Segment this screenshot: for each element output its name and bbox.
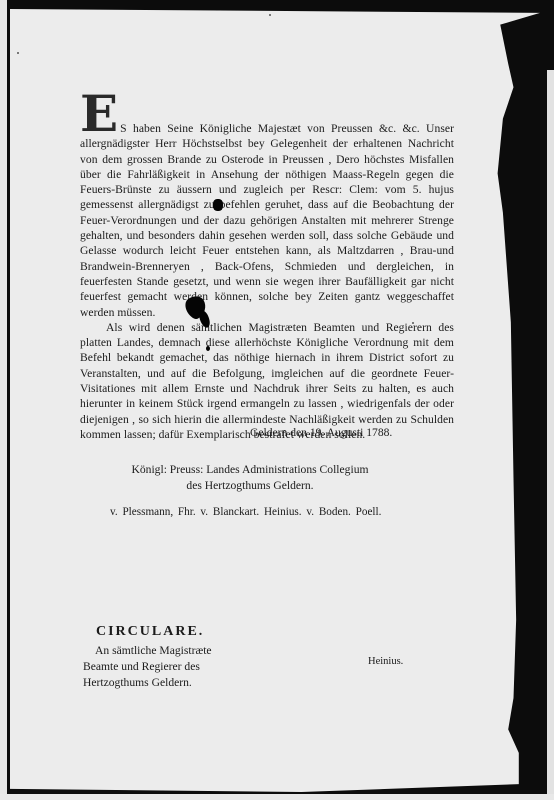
- ink-blot: [206, 346, 210, 351]
- dateline: Geldern den 19. Augusti 1788.: [250, 426, 392, 439]
- address-line-2: Beamte und Regierer des: [83, 659, 212, 675]
- signatories: v. Plessmann, Fhr. v. Blanckart. Heinius…: [110, 506, 381, 518]
- right-edge-strip: [547, 70, 554, 800]
- address-line-1: An sämtliche Magistræte: [83, 643, 212, 659]
- paragraph-1-text: S haben Seine Königliche Majestæt von Pr…: [80, 94, 454, 320]
- authority-line-1: Königl: Preuss: Landes Administrations C…: [100, 462, 400, 478]
- countersignature: Heinius.: [368, 656, 403, 667]
- ink-blot: [213, 199, 223, 211]
- paper-speck: [269, 14, 271, 16]
- authority-line-2: des Hertzogthums Geldern.: [100, 478, 400, 494]
- address-line-3: Hertzogthums Geldern.: [83, 675, 212, 691]
- paragraph-2: Als wird denen sämtlichen Magistræten Be…: [80, 320, 454, 442]
- dropcap-initial: E: [80, 94, 118, 134]
- circulare-title: CIRCULARE.: [96, 624, 204, 640]
- left-edge-strip: [0, 0, 7, 800]
- paragraph-1: ES haben Seine Königliche Majestæt von P…: [80, 94, 454, 320]
- scan-frame: ES haben Seine Königliche Majestæt von P…: [0, 0, 554, 800]
- decree-body: ES haben Seine Königliche Majestæt von P…: [80, 94, 454, 442]
- paper-speck: [412, 322, 414, 324]
- bottom-edge-strip: [0, 794, 554, 800]
- paper-speck: [17, 52, 19, 54]
- issuing-authority: Königl: Preuss: Landes Administrations C…: [100, 462, 400, 493]
- recipient-address: An sämtliche Magistræte Beamte und Regie…: [83, 643, 212, 691]
